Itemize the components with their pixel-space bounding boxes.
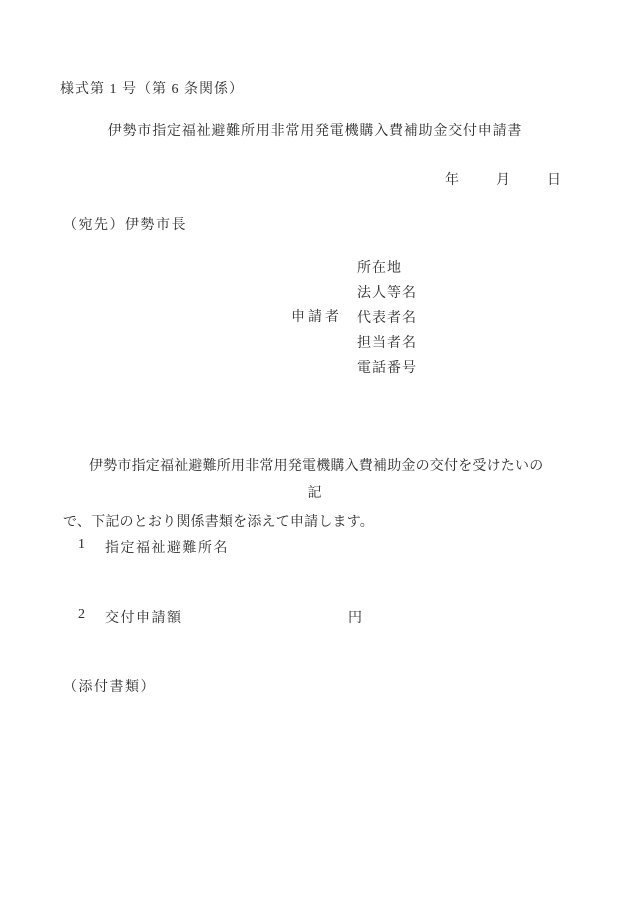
statement-line-2: で、下記のとおり関係書類を添えて申請します。 — [63, 511, 563, 535]
applicant-fields: 所在地 法人等名 代表者名 担当者名 電話番号 — [357, 256, 417, 381]
applicant-field-phone-number: 電話番号 — [357, 356, 417, 381]
item-2-unit-yen: 円 — [348, 607, 362, 627]
item-2-application-amount: 2 交付申請額 円 — [0, 607, 630, 625]
date-year-label: 年 — [445, 173, 459, 188]
applicant-field-address: 所在地 — [357, 256, 417, 281]
statement-line-1: 伊勢市指定福祉避難所用非常用発電機購入費補助金の交付を受けたいの — [63, 455, 563, 479]
item-2-label: 交付申請額 — [105, 607, 183, 627]
date-day-label: 日 — [547, 173, 561, 188]
attachments-heading: （添付書類） — [63, 680, 156, 696]
document-page: 様式第 1 号（第 6 条関係） 伊勢市指定福祉避難所用非常用発電機購入費補助金… — [0, 0, 630, 903]
form-number: 様式第 1 号（第 6 条関係） — [60, 82, 244, 98]
recipient-line: （宛先）伊勢市長 — [63, 218, 187, 234]
applicant-label: 申請者 — [291, 310, 342, 326]
item-2-number: 2 — [78, 607, 85, 623]
document-title: 伊勢市指定福祉避難所用非常用発電機購入費補助金交付申請書 — [0, 124, 630, 140]
item-1-number: 1 — [78, 537, 85, 553]
item-1-shelter-name: 1 指定福祉避難所名 — [0, 537, 630, 555]
applicant-field-representative-name: 代表者名 — [357, 306, 417, 331]
applicant-field-corporate-name: 法人等名 — [357, 281, 417, 306]
date-line: 年月日 — [445, 173, 561, 189]
applicant-field-contact-name: 担当者名 — [357, 331, 417, 356]
section-marker-ki: 記 — [0, 486, 630, 502]
date-month-label: 月 — [496, 173, 510, 188]
item-1-label: 指定福祉避難所名 — [105, 537, 229, 557]
applicant-block: 申請者 所在地 法人等名 代表者名 担当者名 電話番号 — [291, 256, 417, 381]
